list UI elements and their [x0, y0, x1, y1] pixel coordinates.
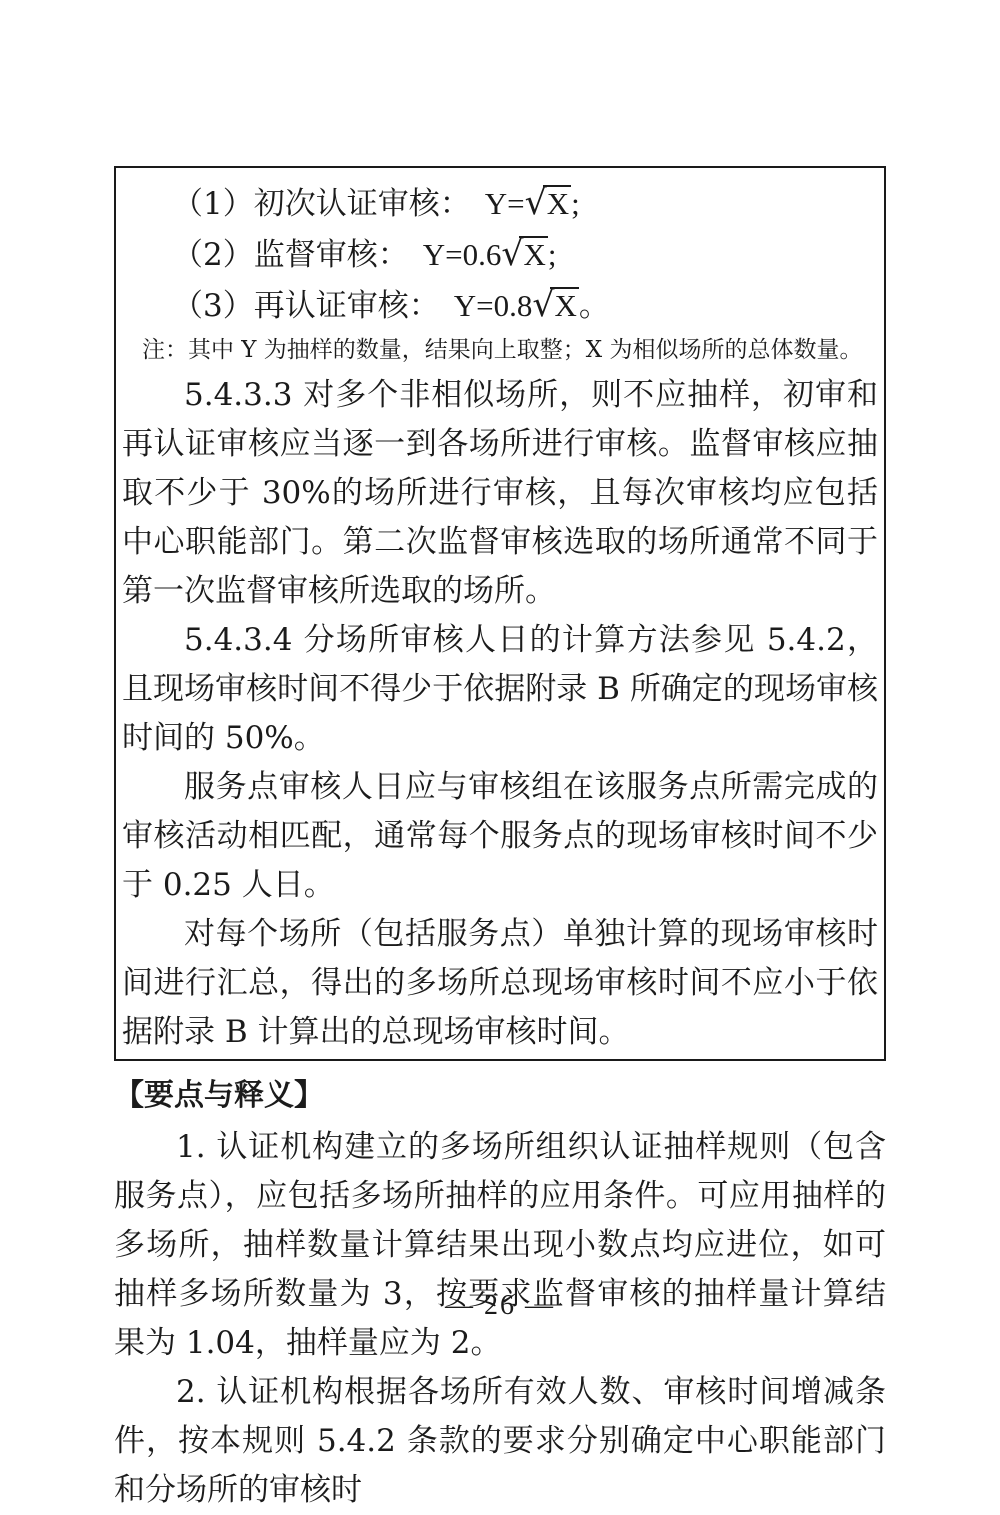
- formula-expression: Y=0.6√X;: [423, 237, 557, 272]
- content-box: （1）初次认证审核：Y=√X; （2）监督审核：Y=0.6√X; （3）再认证审…: [114, 166, 886, 1061]
- section-heading: 【要点与释义】: [114, 1077, 886, 1115]
- formula-block: （1）初次认证审核：Y=√X; （2）监督审核：Y=0.6√X; （3）再认证审…: [122, 178, 878, 331]
- formula-line-initial-audit: （1）初次认证审核：Y=√X;: [172, 178, 878, 229]
- formula-expression: Y=√X;: [485, 186, 580, 221]
- document-page: { "document": { "boxed_section": { "form…: [0, 0, 1000, 1414]
- formula-terminator: 。: [579, 288, 610, 323]
- page-number: — 26 —: [0, 1290, 1000, 1322]
- formula-expression: Y=0.8√X。: [454, 288, 610, 323]
- formula-line-recertification-audit: （3）再认证审核：Y=0.8√X。: [172, 280, 878, 331]
- formula-terminator: ;: [571, 186, 580, 221]
- radicand: X: [543, 185, 571, 220]
- formula-lead: （2）监督审核：: [172, 237, 409, 273]
- box-paragraph-service-point: 服务点审核人日应与审核组在该服务点所需完成的审核活动相匹配，通常每个服务点的现场…: [122, 763, 878, 910]
- formula-line-surveillance-audit: （2）监督审核：Y=0.6√X;: [172, 229, 878, 280]
- box-paragraph-5433: 5.4.3.3 对多个非相似场所，则不应抽样，初审和再认证审核应当逐一到各场所进…: [122, 371, 878, 616]
- body-paragraph-2: 2. 认证机构根据各场所有效人数、审核时间增减条件，按本规则 5.4.2 条款的…: [114, 1368, 886, 1515]
- formula-terminator: ;: [548, 237, 557, 272]
- formula-lead: （1）初次认证审核：: [172, 186, 471, 222]
- formula-lead: （3）再认证审核：: [172, 288, 440, 324]
- body-paragraph-1: 1. 认证机构建立的多场所组织认证抽样规则（包含服务点），应包括多场所抽样的应用…: [114, 1123, 886, 1368]
- box-paragraph-summary: 对每个场所（包括服务点）单独计算的现场审核时间进行汇总，得出的多场所总现场审核时…: [122, 910, 878, 1057]
- box-paragraph-5434: 5.4.3.4 分场所审核人日的计算方法参见 5.4.2，且现场审核时间不得少于…: [122, 616, 878, 763]
- radicand: X: [550, 287, 578, 322]
- radicand: X: [519, 236, 547, 271]
- note-text: 注：其中 Y 为抽样的数量，结果向上取整；X 为相似场所的总体数量。: [122, 333, 878, 367]
